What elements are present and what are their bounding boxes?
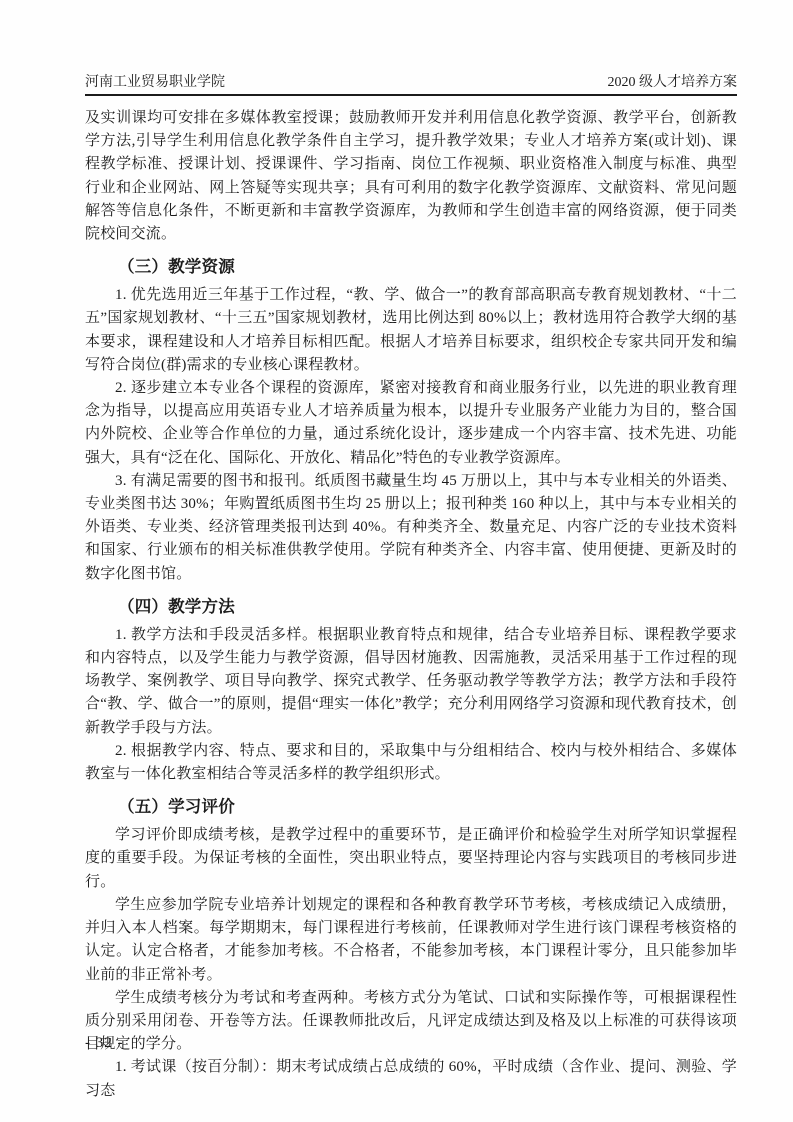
paragraph: 2. 逐步建立本专业各个课程的资源库，紧密对接教育和商业服务行业，以先进的职业教… xyxy=(85,377,737,470)
paragraph: 1. 考试课（按百分制）：期末考试成绩占总成绩的 60%，平时成绩（含作业、提问… xyxy=(85,1056,737,1102)
paragraph: 学生成绩考核分为考试和考查两种。考核方式分为笔试、口试和实际操作等，可根据课程性… xyxy=(85,987,737,1057)
section-heading: （三）教学资源 xyxy=(85,255,737,279)
paragraph: 及实训课均可安排在多媒体教室授课；鼓励教师开发并利用信息化教学资源、教学平台，创… xyxy=(85,107,737,246)
document-page: 河南工业贸易职业学院 2020 级人才培养方案 及实训课均可安排在多媒体教室授课… xyxy=(0,0,793,1122)
paragraph: 3. 有满足需要的图书和报刊。纸质图书藏量生均 45 万册以上，其中与本专业相关… xyxy=(85,470,737,586)
paragraph: 1. 教学方法和手段灵活多样。根据职业教育特点和规律，结合专业培养目标、课程教学… xyxy=(85,624,737,740)
paragraph: 学生应参加学院专业培养计划规定的课程和各种教育教学环节考核，考核成绩记入成绩册，… xyxy=(85,894,737,987)
paragraph: 2. 根据教学内容、特点、要求和目的，采取集中与分组相结合、校内与校外相结合、多… xyxy=(85,740,737,786)
page-number: - 32 - xyxy=(85,1035,124,1052)
document-body: 及实训课均可安排在多媒体教室授课；鼓励教师开发并利用信息化教学资源、教学平台，创… xyxy=(85,107,737,1103)
section-heading: （五）学习评价 xyxy=(85,795,737,819)
header-school-name: 河南工业贸易职业学院 xyxy=(85,74,225,91)
paragraph: 学习评价即成绩考核，是教学过程中的重要环节，是正确评价和检验学生对所学知识掌握程… xyxy=(85,824,737,894)
header-plan-title: 2020 级人才培养方案 xyxy=(608,74,738,91)
paragraph: 1. 优先选用近三年基于工作过程，“教、学、做合一”的教育部高职高专教育规划教材… xyxy=(85,284,737,377)
section-heading: （四）教学方法 xyxy=(85,595,737,619)
page-header: 河南工业贸易职业学院 2020 级人才培养方案 xyxy=(85,74,737,96)
